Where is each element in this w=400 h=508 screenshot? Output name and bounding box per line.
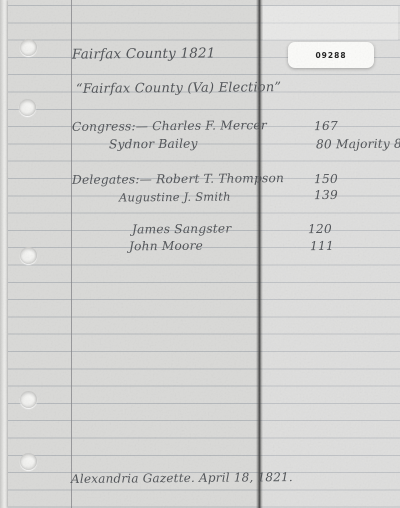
vote-count: 80 Majority 87. (316, 137, 400, 152)
page-crease-line (256, 0, 263, 508)
candidate-name: Sydnor Bailey (109, 137, 198, 152)
vote-count: 167 (314, 119, 338, 133)
source-citation: Alexandria Gazette. April 18, 1821. (71, 470, 293, 486)
catalog-number: 09288 (315, 51, 346, 60)
punch-hole (20, 391, 37, 408)
vote-count: 139 (314, 188, 338, 202)
page-title: Fairfax County 1821 (72, 45, 216, 62)
top-right-exposure-patch (263, 6, 398, 40)
office-candidate-label: Delegates:— Robert T. Thompson (72, 171, 284, 187)
vote-count: 120 (308, 222, 332, 236)
margin-rule-line (71, 0, 72, 508)
scanned-notebook-page: 09288 Fairfax County 1821 “Fairfax Count… (0, 0, 400, 508)
candidate-name: James Sangster (132, 222, 231, 237)
punch-hole (19, 99, 36, 116)
right-page-lighter-area (262, 0, 400, 508)
candidate-name: John Moore (129, 239, 203, 254)
candidate-name: Augustine J. Smith (119, 190, 231, 205)
catalog-number-sticker: 09288 (288, 42, 374, 68)
punch-hole (20, 39, 37, 56)
office-candidate-label: Congress:— Charles F. Mercer (72, 118, 267, 134)
punch-hole (20, 247, 37, 264)
page-subtitle: “Fairfax County (Va) Election” (76, 80, 281, 97)
punch-hole (20, 453, 37, 470)
vote-count: 150 (314, 172, 338, 186)
vote-count: 111 (310, 239, 334, 253)
